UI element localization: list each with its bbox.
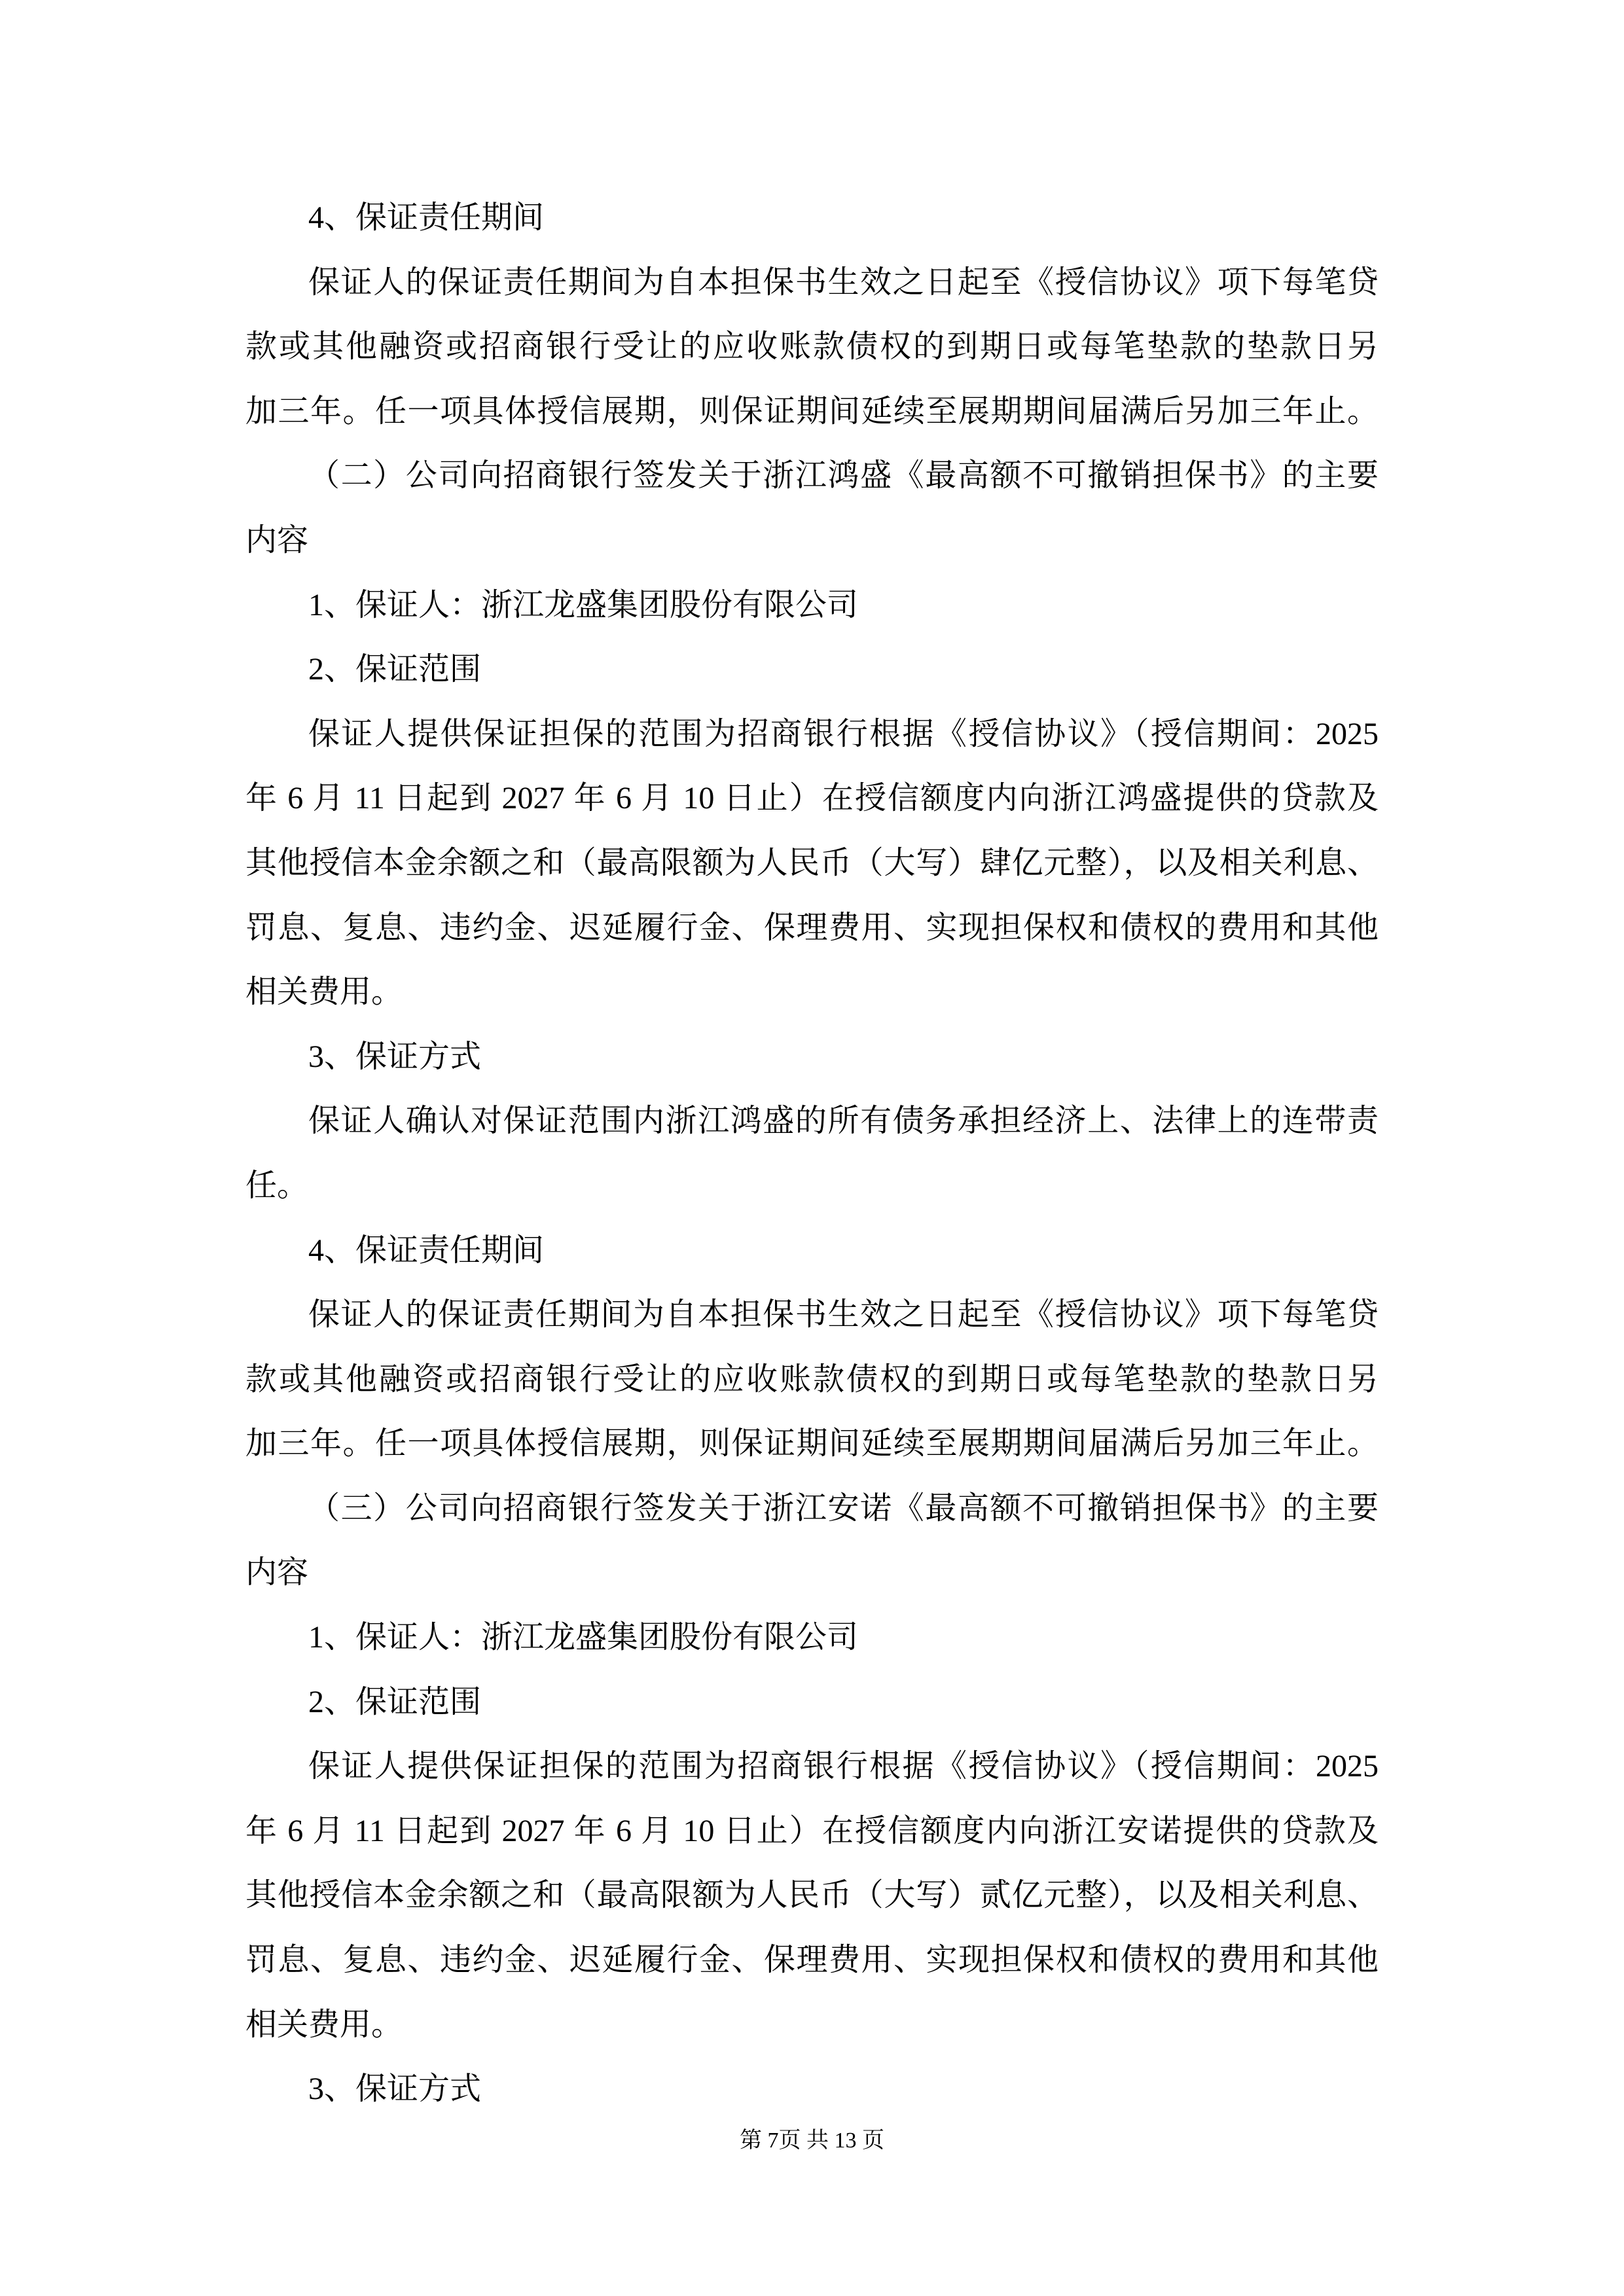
document-line: 保证人的保证责任期间为自本担保书生效之日起至《授信协议》项下每笔贷 <box>245 251 1379 315</box>
document-line: 款或其他融资或招商银行受让的应收账款债权的到期日或每笔垫款的垫款日另 <box>245 1348 1379 1412</box>
document-page: 4、保证责任期间保证人的保证责任期间为自本担保书生效之日起至《授信协议》项下每笔… <box>0 0 1624 2296</box>
document-line: 1、保证人：浙江龙盛集团股份有限公司 <box>245 573 1379 638</box>
document-line: 其他授信本金余额之和（最高限额为人民币（大写）肆亿元整），以及相关利息、 <box>245 831 1379 896</box>
document-line: 其他授信本金余额之和（最高限额为人民币（大写）贰亿元整），以及相关利息、 <box>245 1863 1379 1928</box>
document-line: 加三年。任一项具体授信展期，则保证期间延续至展期期间届满后另加三年止。 <box>245 380 1379 444</box>
document-line: 4、保证责任期间 <box>245 186 1379 251</box>
document-line: （三）公司向招商银行签发关于浙江安诺《最高额不可撤销担保书》的主要 <box>245 1477 1379 1541</box>
document-line: 内容 <box>245 509 1379 573</box>
document-line: 2、保证范围 <box>245 637 1379 702</box>
document-line: 2、保证范围 <box>245 1670 1379 1735</box>
document-line: （二）公司向招商银行签发关于浙江鸿盛《最高额不可撤销担保书》的主要 <box>245 444 1379 509</box>
page-footer: 第 7页 共 13 页 <box>0 2125 1624 2157</box>
document-line: 罚息、复息、违约金、迟延履行金、保理费用、实现担保权和债权的费用和其他 <box>245 1928 1379 1993</box>
document-line: 内容 <box>245 1541 1379 1605</box>
document-line: 保证人的保证责任期间为自本担保书生效之日起至《授信协议》项下每笔贷 <box>245 1283 1379 1348</box>
document-line: 保证人提供保证担保的范围为招商银行根据《授信协议》（授信期间：2025 <box>245 702 1379 767</box>
document-line: 4、保证责任期间 <box>245 1219 1379 1283</box>
document-line: 任。 <box>245 1154 1379 1219</box>
document-line: 加三年。任一项具体授信展期，则保证期间延续至展期期间届满后另加三年止。 <box>245 1412 1379 1477</box>
document-line: 相关费用。 <box>245 1993 1379 2058</box>
document-line: 罚息、复息、违约金、迟延履行金、保理费用、实现担保权和债权的费用和其他 <box>245 896 1379 961</box>
document-line: 款或其他融资或招商银行受让的应收账款债权的到期日或每笔垫款的垫款日另 <box>245 315 1379 380</box>
document-line: 年 6 月 11 日起到 2027 年 6 月 10 日止）在授信额度内向浙江安… <box>245 1799 1379 1864</box>
document-line: 3、保证方式 <box>245 1025 1379 1090</box>
document-line: 3、保证方式 <box>245 2057 1379 2122</box>
document-line: 年 6 月 11 日起到 2027 年 6 月 10 日止）在授信额度内向浙江鸿… <box>245 766 1379 831</box>
document-line: 相关费用。 <box>245 960 1379 1025</box>
document-line: 1、保证人：浙江龙盛集团股份有限公司 <box>245 1605 1379 1670</box>
document-body: 4、保证责任期间保证人的保证责任期间为自本担保书生效之日起至《授信协议》项下每笔… <box>245 186 1379 2122</box>
document-line: 保证人提供保证担保的范围为招商银行根据《授信协议》（授信期间：2025 <box>245 1734 1379 1799</box>
document-line: 保证人确认对保证范围内浙江鸿盛的所有债务承担经济上、法律上的连带责 <box>245 1089 1379 1154</box>
